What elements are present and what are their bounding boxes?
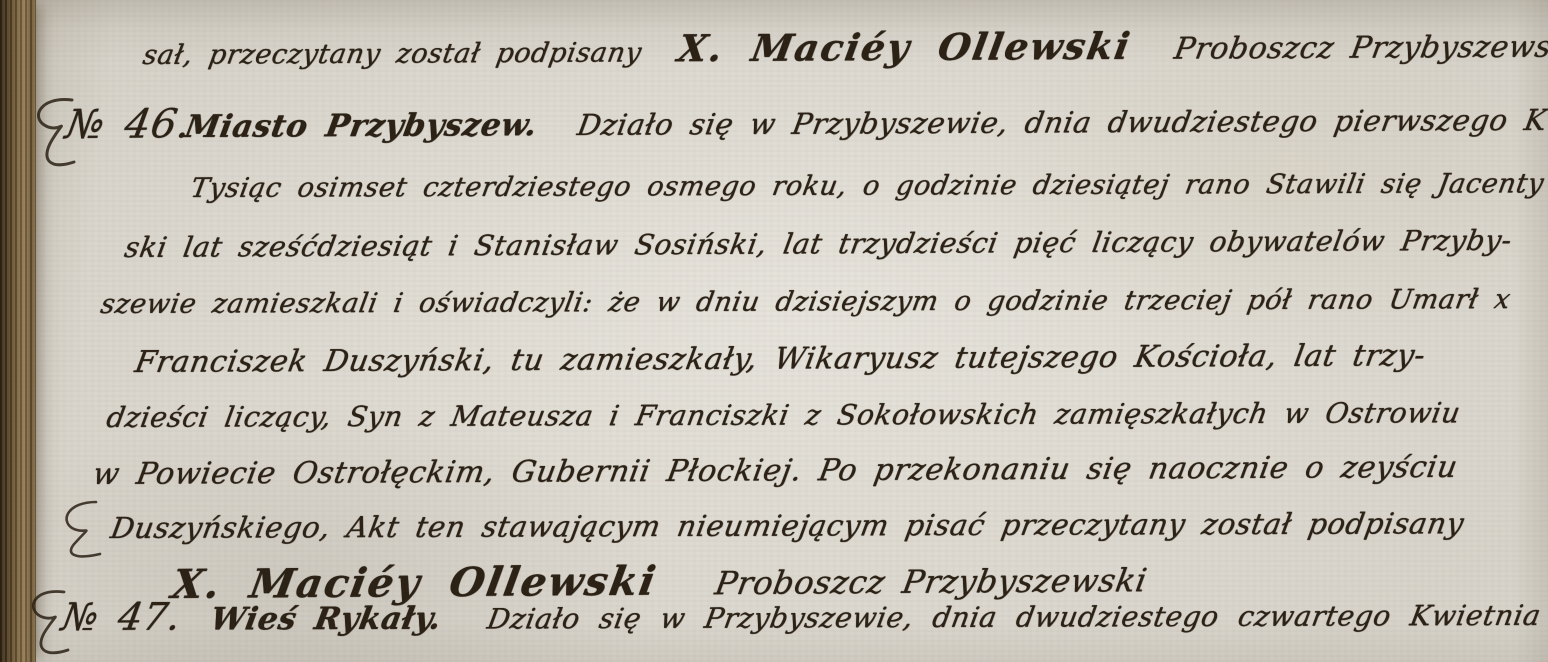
manuscript-line-closing-previous: sał, przeczytany został podpisany X. Mac… xyxy=(140,20,1548,74)
priest-title: Proboszcz Przybyszewski xyxy=(1172,29,1548,66)
manuscript-line-r46-3: ski lat sześćdziesiąt i Stanisław Sosińs… xyxy=(122,223,1515,265)
manuscript-page-scan: Po przekonaniu się naocznie o zeyściu, A… xyxy=(0,0,1548,662)
record-number-47: № 47. xyxy=(58,595,184,639)
manuscript-line-r46-4: szewie zamieszkali i oświadczyli: że w d… xyxy=(98,283,1513,322)
manuscript-line-r46-5: Franciszek Duszyński, tu zamieszkały, Wi… xyxy=(132,337,1428,381)
closing-formula-text: sał, przeczytany został podpisany xyxy=(141,37,645,71)
manuscript-line-r46-2: Tysiąc osimset czterdziestego osmego rok… xyxy=(188,167,1548,206)
manuscript-line-r46-1: Miasto Przybyszew. Działo się w Przybysz… xyxy=(182,100,1548,146)
manuscript-line-r46-7: w Powiecie Ostrołęckim, Gubernii Płockie… xyxy=(90,449,1460,494)
manuscript-line-r46-8: Duszyńskiego, Akt ten stawającym nieumie… xyxy=(108,505,1467,546)
record-body-text: Działo się w Przybyszewie, dnia dwudzies… xyxy=(575,102,1548,142)
record-body-text: Działo się w Przybyszewie, dnia dwudzies… xyxy=(485,599,1548,636)
pen-flourish xyxy=(56,498,104,562)
record-number-46: № 46. xyxy=(62,99,195,150)
manuscript-line-r47-1: № 47. Wieś Rykały. Działo się w Przybysz… xyxy=(58,589,1548,642)
record-place-46: Miasto Przybyszew. xyxy=(182,107,540,145)
record-place-47: Wieś Rykały. xyxy=(208,601,445,638)
manuscript-line-r46-6: dzieści liczący, Syn z Mateusza i Franci… xyxy=(104,395,1463,435)
priest-signature: X. Maciéy Ollewski xyxy=(675,24,1135,70)
